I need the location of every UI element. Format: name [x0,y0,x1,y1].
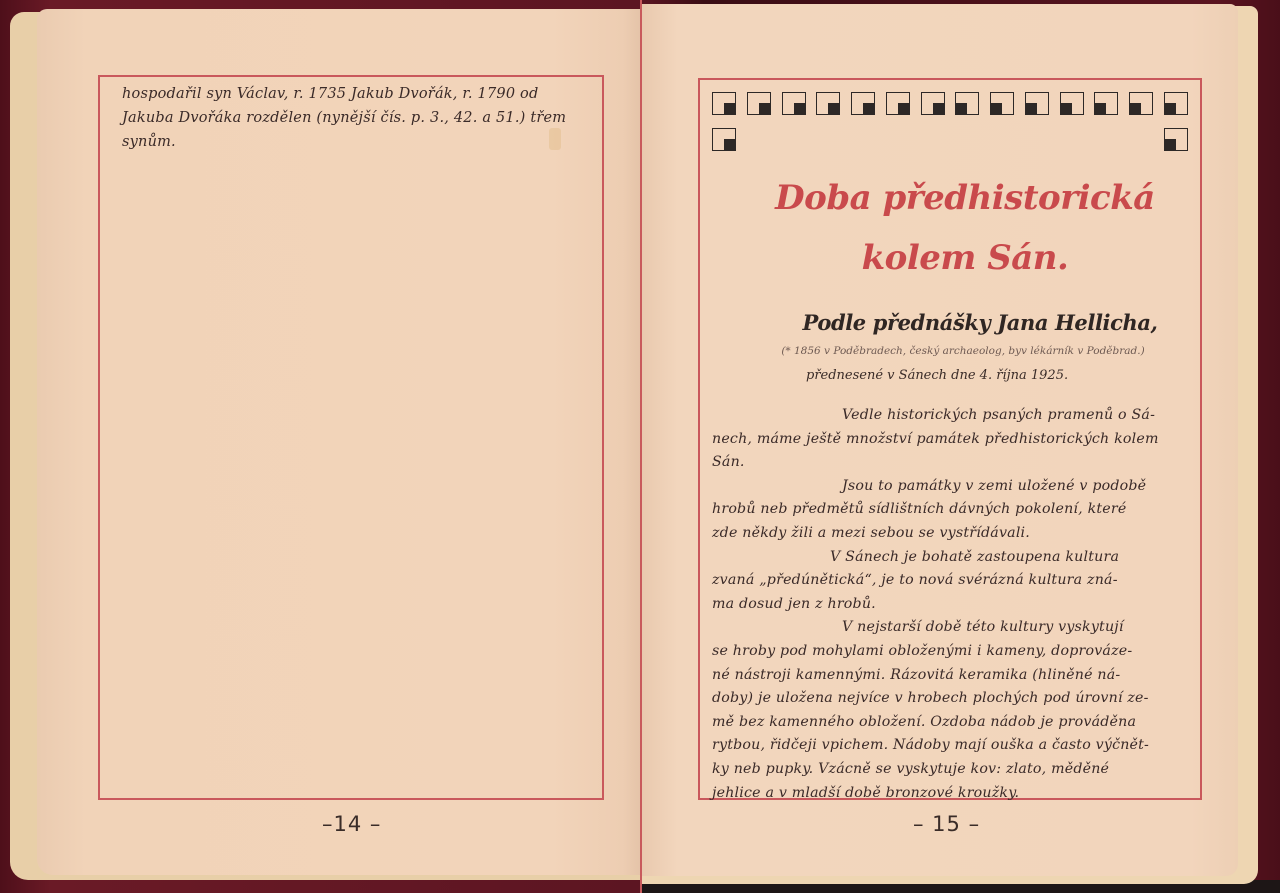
square-ornament-icon [1164,92,1188,115]
square-ornament-icon [782,92,806,115]
square-ornament-icon [712,128,736,151]
book-gutter [640,0,642,893]
left-page-text: hospodařil syn Václav, r. 1735 Jakub Dvo… [122,82,597,154]
text-line: V Sánech je bohatě zastoupena kultura [712,546,1198,570]
page-number-right: – 15 – [913,812,980,836]
text-line: né nástroji kamennými. Rázovitá keramika… [712,664,1198,688]
square-ornament-icon [921,92,945,115]
square-ornament-icon [1094,92,1118,115]
chapter-title: Doba předhistorická [760,178,1170,218]
text-line: hospodařil syn Václav, r. 1735 Jakub Dvo… [122,82,597,106]
square-ornament-icon [816,92,840,115]
chapter-title-line2: kolem Sán. [760,238,1170,278]
square-ornament-icon [990,92,1014,115]
text-line: synům. [122,130,597,154]
text-line: jehlice a v mladší době bronzové kroužky… [712,782,1198,806]
lecture-date: přednesené v Sánech dne 4. října 1925. [806,368,1068,383]
text-line: se hroby pod mohylami obloženými i kamen… [712,640,1198,664]
text-line: rytbou, řidčeji vpichem. Nádoby mají ouš… [712,734,1198,758]
square-ornament-icon [1060,92,1084,115]
square-ornament-icon [747,92,771,115]
text-line: ma dosud jen z hrobů. [712,593,1198,617]
decorative-square-border-top [712,92,1188,118]
square-ornament-icon [712,92,736,115]
text-line: nech, máme ještě množství památek předhi… [712,428,1198,452]
square-ornament-icon [1025,92,1049,115]
left-page-frame [98,75,604,800]
square-ornament-icon [851,92,875,115]
text-line: doby) je uložena nejvíce v hrobech ploch… [712,687,1198,711]
square-ornament-icon [1164,128,1188,151]
text-line: zvaná „předúnětická“, je to nová svérázn… [712,569,1198,593]
square-ornament-icon [886,92,910,115]
text-line: Vedle historických psaných pramenů o Sá- [712,404,1198,428]
right-page-body: Vedle historických psaných pramenů o Sá-… [712,404,1198,805]
text-line: ky neb pupky. Vzácně se vyskytuje kov: z… [712,758,1198,782]
page-number-left: –14 – [322,812,381,836]
text-line: Jakuba Dvořáka rozdělen (nynější čís. p.… [122,106,597,130]
text-line: V nejstarší době této kultury vyskytují [712,616,1198,640]
text-line: hrobů neb předmětů sídlištních dávných p… [712,498,1198,522]
lecture-attribution: Podle přednášky Jana Hellicha, [770,310,1190,335]
square-ornament-icon [955,92,979,115]
author-note: (* 1856 v Poděbradech, český archaeolog,… [728,345,1198,357]
text-line: Jsou to památky v zemi uložené v podobě [712,475,1198,499]
square-ornament-icon [1129,92,1153,115]
decorative-square-border-sides [712,128,1188,154]
text-line: zde někdy žili a mezi sebou se vystřídáv… [712,522,1198,546]
text-line: Sán. [712,451,1198,475]
text-line: mě bez kamenného obložení. Ozdoba nádob … [712,711,1198,735]
